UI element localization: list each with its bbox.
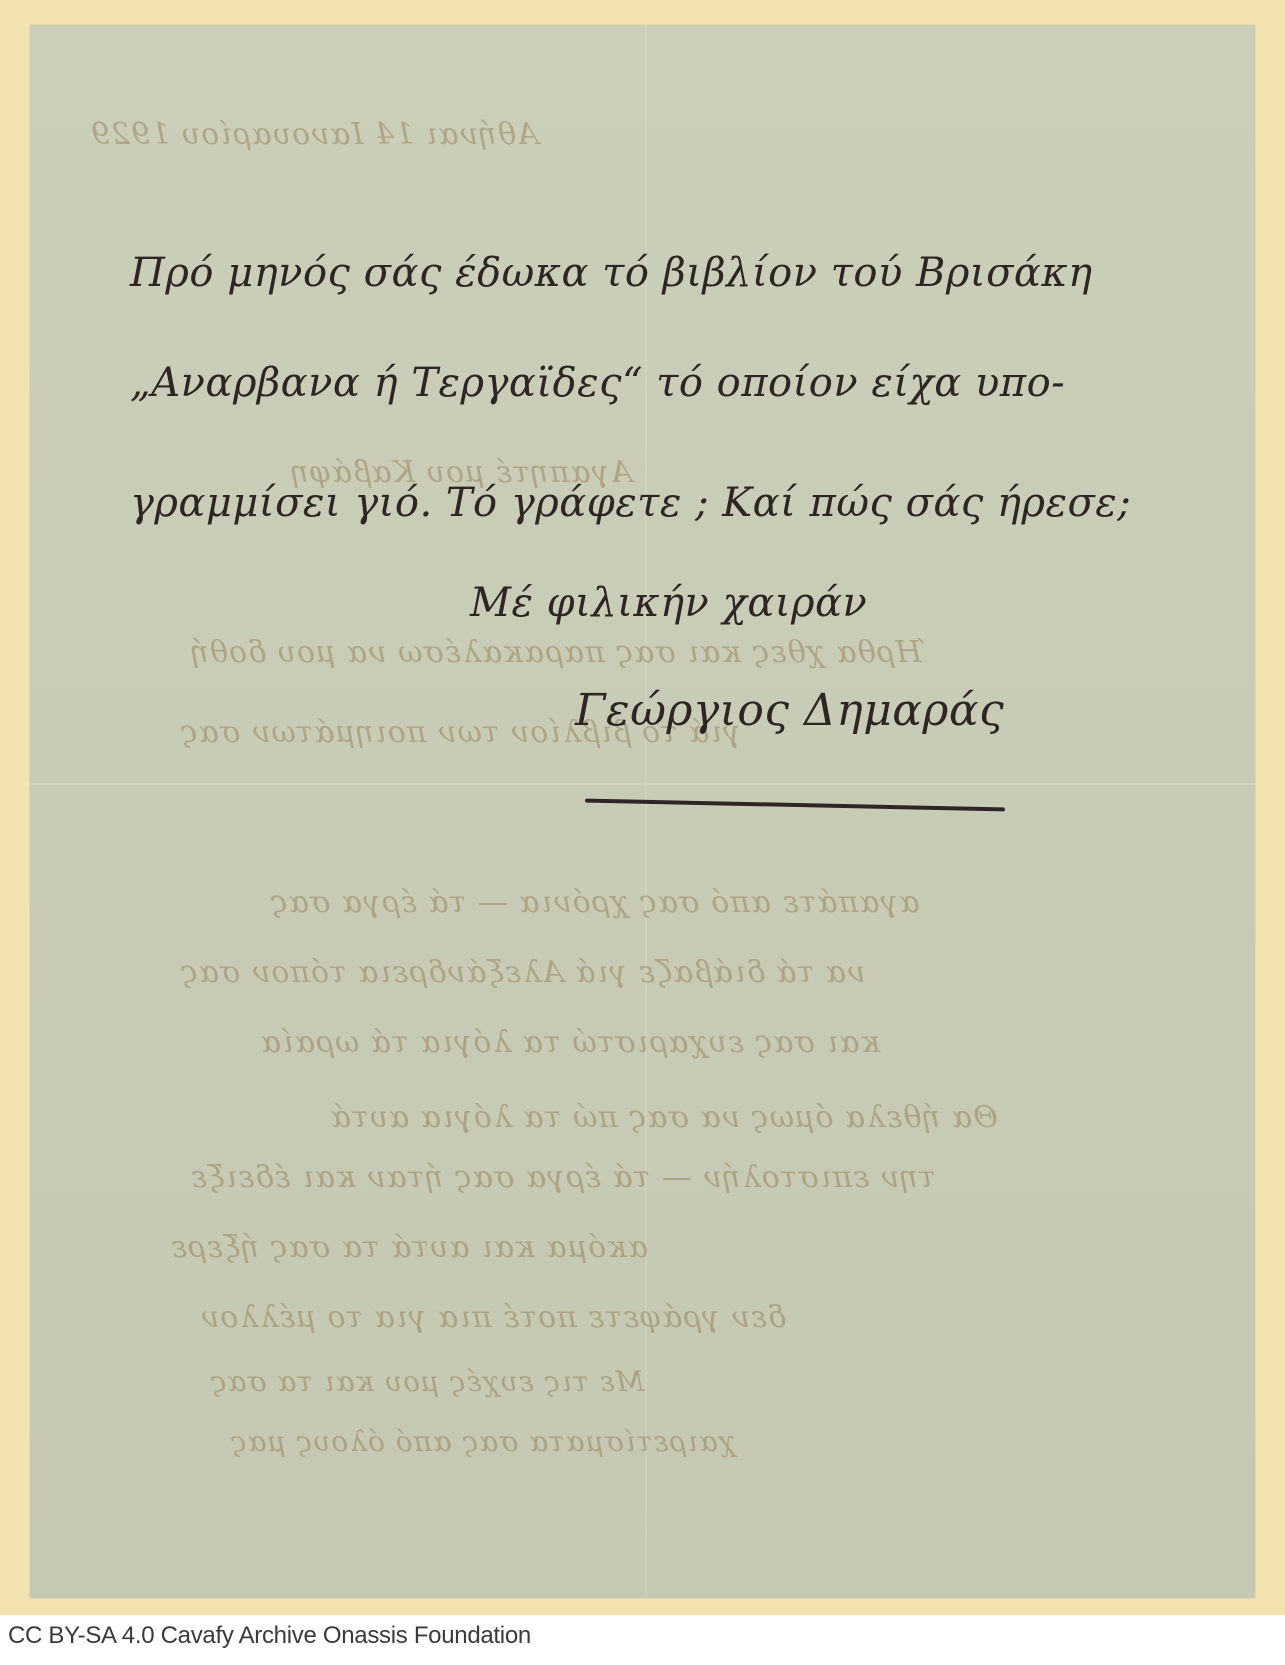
bleed-through-line: ακόμα και αυτά τα σας ήξερε [170,1230,648,1265]
bleed-through-line: χαιρετίσματα σας από όλους μας [230,1425,736,1458]
bleed-through-line: αγαπάτε από σας χρόνια — τά έργα σας [270,885,920,920]
letter-line: Πρό μηνός σάς έδωκα τό βιβλίον τού Βρισά… [130,250,1093,296]
archive-mount-background: Αθήναι 14 Ιανουαρίου 1929 Αγαπητέ μου Κα… [0,0,1285,1615]
bleed-through-line: και σας ευχαριστώ τα λόγια τά ωραία [260,1025,880,1060]
letter-sheet: Αθήναι 14 Ιανουαρίου 1929 Αγαπητέ μου Κα… [30,25,1255,1598]
signature: Γεώργιος Δημαράς [575,685,1004,736]
bleed-through-line: να τά διάβαζε γιά Αλεξάνδρεια τόπον σας [180,955,865,990]
signature-underline [585,799,1005,812]
bleed-through-line: Θα ήθελα όμως να σας πώ τα λόγια αυτά [330,1100,998,1135]
bleed-through-line: δεν γράφετε ποτέ πια για το μέλλον [200,1300,786,1335]
letter-line: γραμμίσει γιό. Τό γράφετε ; Καί πώς σάς … [130,480,1131,526]
letter-closing: Μέ φιλικήν χαιράν [470,580,867,626]
horizontal-fold-line [30,783,1255,785]
bleed-through-line: Ήρθα χθες και σας παρακαλέσω να μου δοθή [190,635,927,670]
bleed-through-line: Με τις ευχές μου και τα σας [210,1365,644,1398]
bleed-through-line: την επιστολήν — τά έργα σας ήταν και έδε… [190,1160,936,1195]
letter-line: „Αναρβανα ή Τεργαϊδες“ τό οποίον είχα υπ… [130,360,1065,406]
license-caption: CC BY-SA 4.0 Cavafy Archive Onassis Foun… [8,1622,531,1650]
bleed-through-date: Αθήναι 14 Ιανουαρίου 1929 [90,117,539,152]
